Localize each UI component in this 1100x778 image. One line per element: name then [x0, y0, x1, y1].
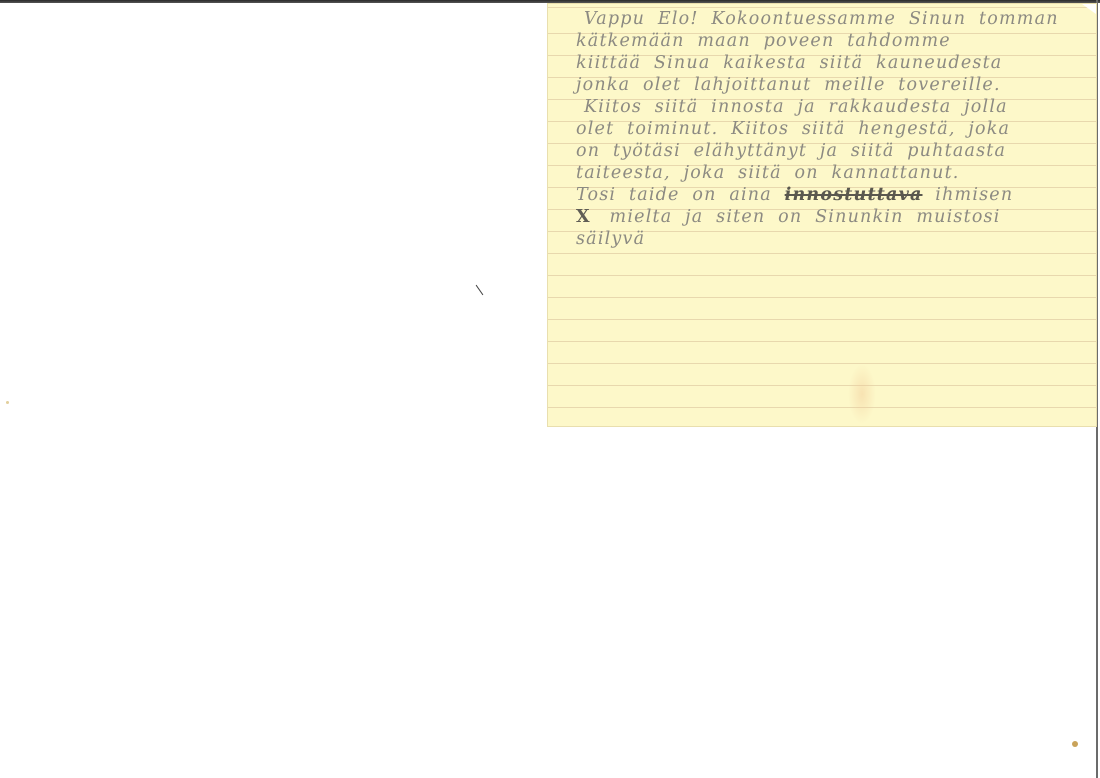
text-line: Vappu Elo! Kokoontuessamme Sinun tomman: [570, 8, 1090, 30]
text-line: kiittää Sinua kaikesta siitä kauneudesta: [570, 52, 1090, 74]
text-line: Kiitos siitä innosta ja rakkaudesta joll…: [570, 96, 1090, 118]
text-line: taiteesta, joka siitä on kannattanut.: [570, 162, 1090, 184]
text-line: jonka olet lahjoittanut meille tovereill…: [570, 74, 1090, 96]
text-line: olet toiminut. Kiitos siitä hengestä, jo…: [570, 118, 1090, 140]
scan-top-border: [0, 0, 1100, 3]
text-fragment: Tosi taide on aina: [576, 185, 772, 205]
handwritten-text: Vappu Elo! Kokoontuessamme Sinun tomman …: [570, 8, 1090, 250]
text-line: säilyvä: [570, 228, 1090, 250]
handwritten-note-card: Vappu Elo! Kokoontuessamme Sinun tomman …: [548, 4, 1096, 426]
text-line: on työtäsi elähyttänyt ja siitä puhtaast…: [570, 140, 1090, 162]
paper-speck: [1072, 741, 1078, 747]
stray-pencil-mark: [476, 285, 484, 295]
text-line: kätkemään maan poveen tahdomme: [570, 30, 1090, 52]
insertion-mark-icon: X: [576, 207, 591, 227]
text-fragment: mielta ja siten on Sinunkin muistosi: [610, 207, 1001, 227]
struck-out-word: innostuttava: [785, 185, 923, 205]
scan-right-border: [1096, 0, 1098, 778]
text-line-with-correction: Tosi taide on aina innostuttava ihmisen: [570, 184, 1090, 206]
text-fragment: ihmisen: [935, 185, 1013, 205]
text-line-with-insertion: X mielta ja siten on Sinunkin muistosi: [570, 206, 1090, 228]
paper-speck: [6, 401, 9, 404]
